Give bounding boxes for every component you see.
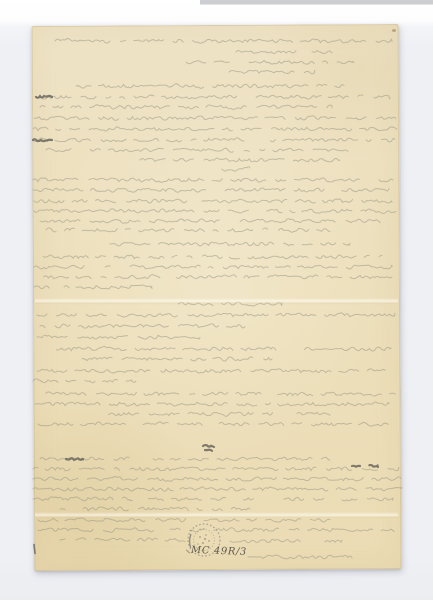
archive-reference-number: MC 49R/3: [191, 545, 253, 558]
scan-background: MC 49R/3: [0, 0, 433, 600]
manuscript-page: [32, 24, 402, 571]
top-edge-strip: [200, 0, 433, 5]
paper-corner-speck: [392, 29, 396, 32]
